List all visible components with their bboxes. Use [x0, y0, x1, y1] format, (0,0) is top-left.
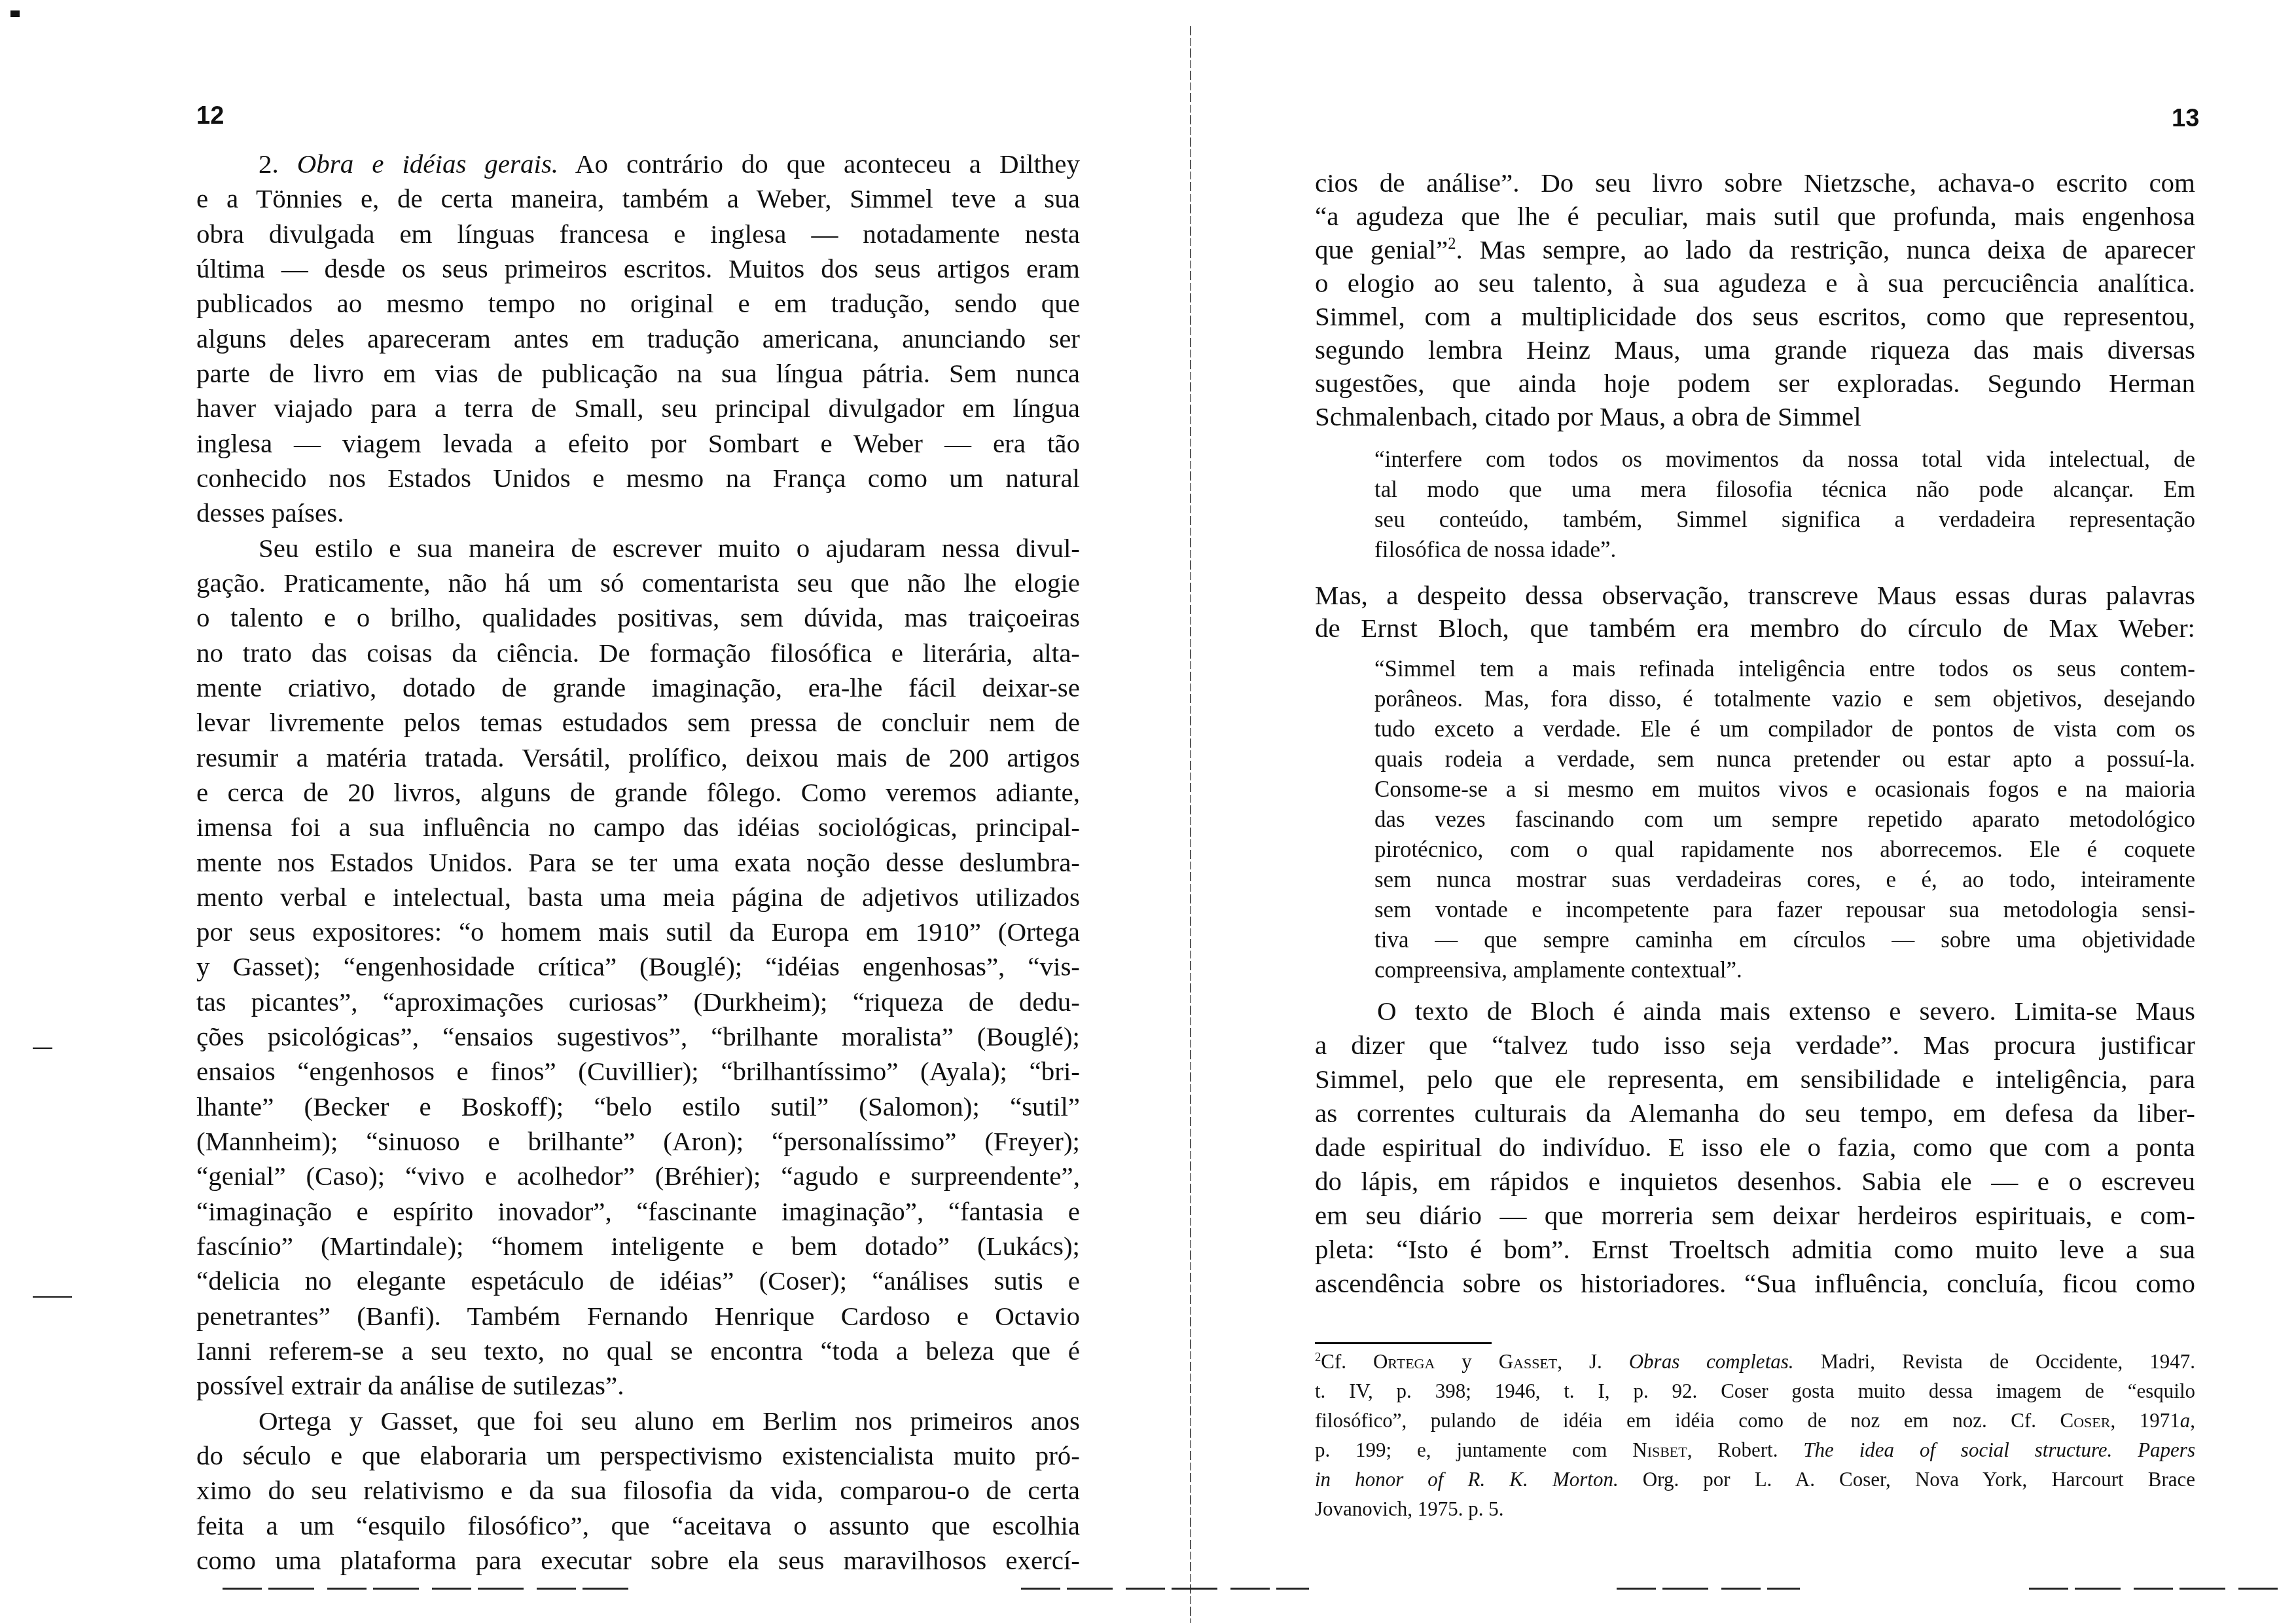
text-line: ascendência sobre os historiadores. “Sua…: [1315, 1267, 2195, 1299]
text-line: de Ernst Bloch, que também era membro do…: [1315, 612, 2195, 644]
scan-edge-line: [1021, 1588, 1309, 1590]
text-line: e a Tönnies e, de certa maneira, também …: [196, 183, 1080, 214]
text-line: Simmel, com a multiplicidade dos seus es…: [1315, 301, 2195, 332]
text-line: mente nos Estados Unidos. Para se ter um…: [196, 847, 1080, 878]
quote-line: pirotécnico, com o qual rapidamente nos …: [1374, 835, 2195, 864]
text-line: Simmel, pelo que ele representa, em sens…: [1315, 1063, 2195, 1095]
text-line: (Mannheim); “sinuoso e brilhante” (Aron)…: [196, 1125, 1080, 1157]
quote-line: tiva — que sempre caminha em círculos — …: [1374, 926, 2195, 955]
scan-mark: [33, 1048, 52, 1049]
text-line: 2. Obra e idéias gerais. Ao contrário do…: [259, 148, 1080, 179]
text-line: haver viajado para a terra de Small, seu…: [196, 392, 1080, 424]
text-line: a dizer que “talvez tudo isso seja verda…: [1315, 1029, 2195, 1061]
text-line: conhecido nos Estados Unidos e mesmo na …: [196, 462, 1080, 494]
footnote-rule: [1315, 1342, 1492, 1344]
footnote-line: 2Cf. Ortega y Gasset, J. Obras completas…: [1315, 1349, 2195, 1375]
scan-edge-line: [2029, 1588, 2278, 1590]
scan-edge-line: [1617, 1588, 1800, 1590]
footnote-line: filosófico”, pulando de idéia em idéia c…: [1315, 1408, 2195, 1434]
text-line: fascínio” (Martindale); “homem inteligen…: [196, 1230, 1080, 1262]
page-number: 12: [196, 103, 224, 128]
footnote-marker: 2: [1315, 1351, 1321, 1364]
text-line: gação. Praticamente, não há um só coment…: [196, 567, 1080, 598]
text-line: o talento e o brilho, qualidades positiv…: [196, 602, 1080, 633]
text-line: “delicia no elegante espetáculo de idéia…: [196, 1265, 1080, 1296]
quote-line: sem vontade e incompetente para fazer re…: [1374, 896, 2195, 924]
text-line: Seu estilo e sua maneira de escrever mui…: [259, 532, 1080, 564]
text-line: Ortega y Gasset, que foi seu aluno em Be…: [259, 1405, 1080, 1436]
text-line: tas picantes”, “aproximações curiosas” (…: [196, 986, 1080, 1017]
quote-line: filosófica de nossa idade”.: [1374, 536, 2195, 564]
text-line: possível extrair da análise de sutilezas…: [196, 1370, 1080, 1401]
quote-line: tudo exceto a verdade. Ele é um compilad…: [1374, 715, 2195, 744]
text-line: que genial”2. Mas sempre, ao lado da res…: [1315, 234, 2195, 265]
quote-line: tal modo que uma mera filosofia técnica …: [1374, 475, 2195, 504]
text-line: sugestões, que ainda hoje podem ser expl…: [1315, 367, 2195, 399]
text-line: no trato das coisas da ciência. De forma…: [196, 637, 1080, 668]
text-line: parte de livro em vias de publicação na …: [196, 357, 1080, 389]
text-line: publicados ao mesmo tempo no original e …: [196, 287, 1080, 319]
quote-line: “interfere com todos os movimentos da no…: [1374, 445, 2195, 474]
text-line: Schmalenbach, citado por Maus, a obra de…: [1315, 401, 2195, 432]
text-line: cios de análise”. Do seu livro sobre Nie…: [1315, 167, 2195, 198]
footnote-line: t. IV, p. 398; 1946, t. I, p. 92. Coser …: [1315, 1378, 2195, 1404]
text-line: ximo do seu relativismo e da sua filosof…: [196, 1474, 1080, 1506]
text-line: última — desde os seus primeiros escrito…: [196, 253, 1080, 284]
page-number: 13: [2172, 106, 2199, 131]
quote-line: “Simmel tem a mais refinada inteligência…: [1374, 655, 2195, 684]
scan-mark: [10, 10, 20, 17]
text-line: levar livremente pelos temas estudados s…: [196, 706, 1080, 738]
text-line: por seus expositores: “o homem mais suti…: [196, 916, 1080, 947]
footnote-line: Jovanovich, 1975. p. 5.: [1315, 1496, 2195, 1522]
quote-line: Consome-se a si mesmo em muitos vivos e …: [1374, 775, 2195, 804]
text-line: como uma plataforma para executar sobre …: [196, 1544, 1080, 1576]
text-line: as correntes culturais da Alemanha do se…: [1315, 1097, 2195, 1129]
left-page: 12 2. Obra e idéias gerais. Ao contrário…: [0, 0, 1190, 1623]
scan-edge-line: [223, 1588, 641, 1590]
text-line: do século e que elaboraria um perspectiv…: [196, 1440, 1080, 1471]
text-line: em seu diário — que morreria sem deixar …: [1315, 1199, 2195, 1231]
text-line: “imaginação e espírito inovador”, “fasci…: [196, 1195, 1080, 1227]
text-line: do lápis, em rápidos e inquietos desenho…: [1315, 1165, 2195, 1197]
text-line: desses países.: [196, 497, 1080, 528]
text-line: Mas, a despeito dessa observação, transc…: [1315, 579, 2195, 611]
quote-line: quais rodeia a verdade, sem nunca preten…: [1374, 745, 2195, 774]
text-line: e cerca de 20 livros, alguns de grande f…: [196, 776, 1080, 808]
text-line: mento verbal e intelectual, basta uma me…: [196, 881, 1080, 913]
footnote-line: p. 199; e, juntamente com Nisbet, Robert…: [1315, 1437, 2195, 1463]
quote-line: sem nunca mostrar suas verdadeiras cores…: [1374, 866, 2195, 894]
text-line: inglesa — viagem levada a efeito por Som…: [196, 428, 1080, 459]
scan-mark: [33, 1296, 72, 1298]
text-line: ções psicológicas”, “ensaios sugestivos”…: [196, 1021, 1080, 1052]
text-line: “genial” (Caso); “vivo e acolhedor” (Bré…: [196, 1160, 1080, 1192]
text-line: obra divulgada em línguas francesa e ing…: [196, 218, 1080, 249]
text-line: Ianni referem-se a seu texto, no qual se…: [196, 1335, 1080, 1366]
text-line: O texto de Bloch é ainda mais extenso e …: [1377, 995, 2195, 1027]
quote-line: compreensiva, amplamente contextual”.: [1374, 956, 2195, 985]
text-line: alguns deles apareceram antes em traduçã…: [196, 323, 1080, 354]
text-line: imensa foi a sua influência no campo das…: [196, 811, 1080, 843]
quote-line: das vezes fascinando com um sempre repet…: [1374, 805, 2195, 834]
text-line: y Gasset); “engenhosidade crítica” (Boug…: [196, 951, 1080, 982]
text-line: lhante” (Becker e Boskoff); “belo estilo…: [196, 1091, 1080, 1122]
text-line: penetrantes” (Banfi). Também Fernando He…: [196, 1300, 1080, 1332]
quote-line: seu conteúdo, também, Simmel significa a…: [1374, 505, 2195, 534]
quote-line: porâneos. Mas, fora disso, é totalmente …: [1374, 685, 2195, 714]
text-line: o elogio ao seu talento, à sua agudeza e…: [1315, 267, 2195, 299]
text-line: ensaios “engenhosos e finos” (Cuvillier)…: [196, 1055, 1080, 1087]
footnote-line: in honor of R. K. Morton. Org. por L. A.…: [1315, 1467, 2195, 1493]
text-line: segundo lembra Heinz Maus, uma grande ri…: [1315, 334, 2195, 365]
text-line: mente criativo, dotado de grande imagina…: [196, 672, 1080, 703]
text-line: dade espiritual do indivíduo. E isso ele…: [1315, 1131, 2195, 1163]
text-line: resumir a matéria tratada. Versátil, pro…: [196, 742, 1080, 773]
text-line: “a agudeza que lhe é peculiar, mais suti…: [1315, 200, 2195, 232]
text-line: feita a um “esquilo filosófico”, que “ac…: [196, 1510, 1080, 1541]
text-line: pleta: “Isto é bom”. Ernst Troeltsch adm…: [1315, 1233, 2195, 1265]
